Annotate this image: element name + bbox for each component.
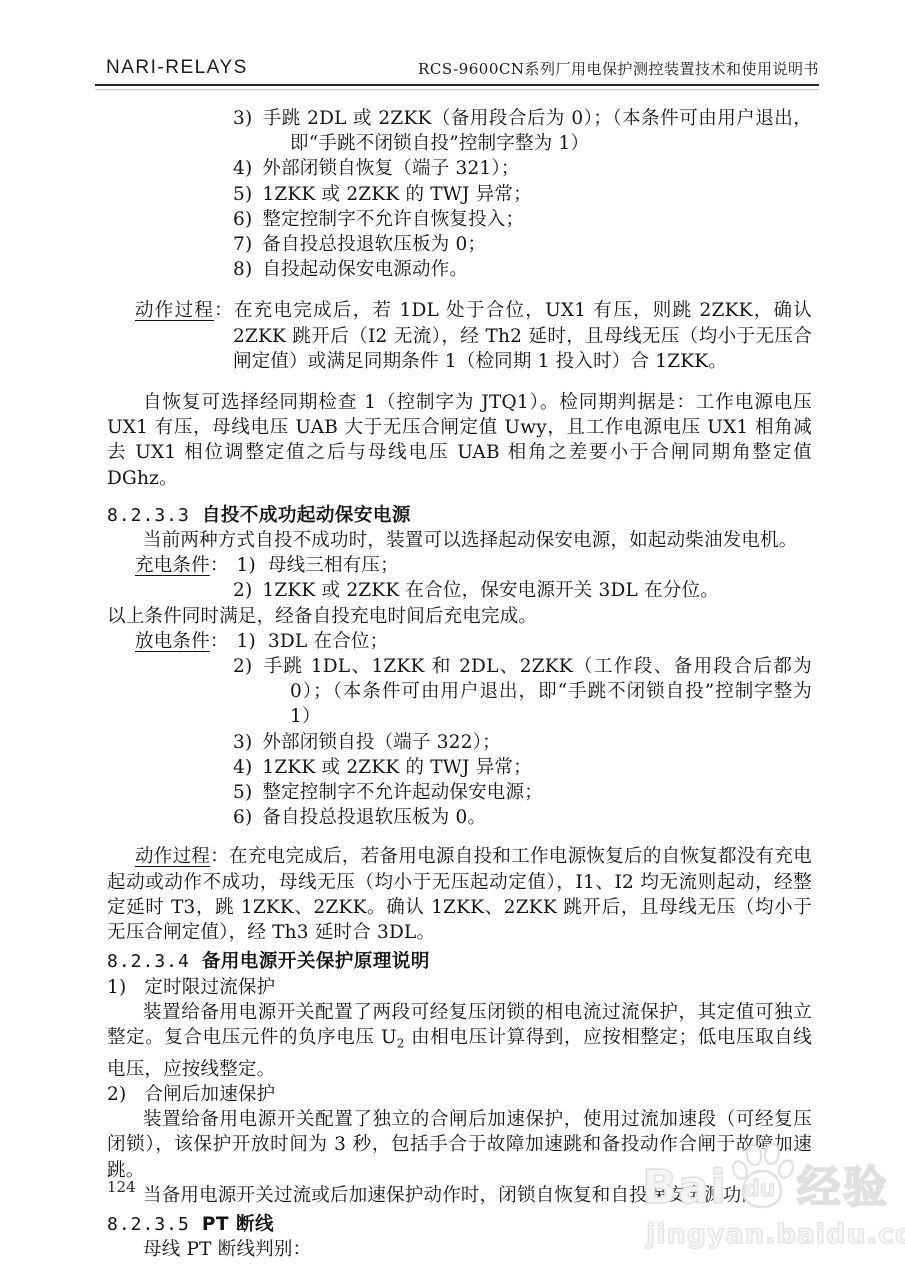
condition-number: 4) xyxy=(233,757,252,778)
discharge-conditions-label: 放电条件 xyxy=(135,631,210,652)
accel-paragraph-1: 装置给备用电源开关配置了独立的合闸后加速保护，使用过流加速段（可经复压闭锁），该… xyxy=(107,1107,812,1183)
charge-conditions-label: 充电条件 xyxy=(135,555,210,576)
header-rule-thin xyxy=(95,89,819,90)
subsection-accel-line: 2)合闸后加速保护 xyxy=(107,1082,812,1107)
list-item-number: 6) xyxy=(233,209,252,230)
subsection-number: 2) xyxy=(107,1084,126,1105)
section-number: 8.2.3.5 xyxy=(107,1214,190,1235)
condition-number: 1) xyxy=(237,631,256,652)
condition-text: 3DL 在合位； xyxy=(268,631,388,652)
discharge-condition-item: 4)1ZKK 或 2ZKK 的 TWJ 异常； xyxy=(107,755,812,780)
sync-check-paragraph: 自恢复可选择经同期检查 1（控制字为 JTQ1）。检同期判据是：工作电源电压 U… xyxy=(107,390,812,491)
subsection-number: 1) xyxy=(107,977,126,998)
condition-text: 手跳 1DL、1ZKK 和 2DL、2ZKK（工作段、备用段合后都为 0）；（本… xyxy=(262,656,812,727)
brand-name: NARI-RELAYS xyxy=(106,57,248,79)
subsection-title: 合闸后加速保护 xyxy=(144,1084,275,1105)
list-item-number: 8) xyxy=(233,259,252,280)
list-item-text: 备自投总投退软压板为 0； xyxy=(262,234,486,255)
section-heading-8235: 8.2.3.5PT 断线 xyxy=(107,1212,812,1237)
action-process-block-1: 动作过程：在充电完成后，若 1DL 处于合位，UX1 有压，则跳 2ZKK，确认… xyxy=(107,298,812,374)
colon: ： xyxy=(210,846,229,867)
discharge-condition-item: 5)整定控制字不允许起动保安电源； xyxy=(107,780,812,805)
list-item-text: 手跳 2DL 或 2ZKK（备用段合后为 0）；（本条件可由用户退出，即“手跳不… xyxy=(262,108,812,154)
condition-text: 外部闭锁自投（端子 322）； xyxy=(262,732,500,753)
list-item-number: 7) xyxy=(233,234,252,255)
condition-number: 6) xyxy=(233,807,252,828)
condition-text: 1ZKK 或 2ZKK 的 TWJ 异常； xyxy=(262,757,531,778)
colon: ： xyxy=(210,555,229,576)
discharge-conditions-line: 放电条件：1)3DL 在合位； xyxy=(107,629,812,654)
condition-number: 1) xyxy=(237,555,256,576)
discharge-condition-item: 6)备自投总投退软压板为 0。 xyxy=(107,805,812,830)
ocp-paragraph: 装置给备用电源开关配置了两段可经复压闭锁的相电流过流保护，其定值可独立整定。复合… xyxy=(107,1000,812,1082)
charge-complete-note: 以上条件同时满足，经备自投充电时间后充电完成。 xyxy=(107,604,812,629)
list-item-text: 自投起动保安电源动作。 xyxy=(262,259,468,280)
pt-line: 母线 PT 断线判别： xyxy=(107,1237,812,1262)
page-body: 3)手跳 2DL 或 2ZKK（备用段合后为 0）；（本条件可由用户退出，即“手… xyxy=(107,106,812,1262)
subsection-title: 定时限过流保护 xyxy=(144,977,275,998)
charge-conditions-line: 充电条件：1)母线三相有压； xyxy=(107,553,812,578)
u2-subscript: 2 xyxy=(397,1037,405,1051)
list-item-number: 4) xyxy=(233,158,252,179)
section-number: 8.2.3.3 xyxy=(107,505,190,526)
list-item: 4)外部闭锁自恢复（端子 321）； xyxy=(107,156,812,181)
colon: ： xyxy=(214,300,234,321)
condition-text: 母线三相有压； xyxy=(268,555,399,576)
colon: ： xyxy=(210,631,229,652)
condition-number: 2) xyxy=(233,656,252,677)
action-process-label: 动作过程 xyxy=(135,300,214,321)
action-process-block-2: 动作过程：在充电完成后，若备用电源自投和工作电源恢复后的自恢复都没有充电起动或动… xyxy=(107,844,812,945)
subsection-ocp-line: 1)定时限过流保护 xyxy=(107,975,812,1000)
condition-text: 1ZKK 或 2ZKK 在合位，保安电源开关 3DL 在分位。 xyxy=(262,580,719,601)
header-rule-thick xyxy=(95,84,819,86)
page-header: NARI-RELAYS RCS-9600CN系列厂用电保护测控装置技术和使用说明… xyxy=(106,57,819,79)
section-title: 自投不成功起动保安电源 xyxy=(202,505,411,526)
section-8233-intro: 当前两种方式自投不成功时，装置可以选择起动保安电源，如起动柴油发电机。 xyxy=(107,528,812,553)
section-title: PT 断线 xyxy=(202,1214,274,1235)
list-item: 6)整定控制字不允许自恢复投入； xyxy=(107,207,812,232)
condition-number: 5) xyxy=(233,782,252,803)
charge-condition-item: 2)1ZKK 或 2ZKK 在合位，保安电源开关 3DL 在分位。 xyxy=(107,578,812,603)
discharge-condition-item: 3)外部闭锁自投（端子 322）； xyxy=(107,730,812,755)
action-process-text: 在充电完成后，若 1DL 处于合位，UX1 有压，则跳 2ZKK，确认 2ZKK… xyxy=(233,300,812,371)
section-title: 备用电源开关保护原理说明 xyxy=(202,951,430,972)
list-item-number: 3) xyxy=(233,108,252,129)
section-number: 8.2.3.4 xyxy=(107,951,190,972)
list-item: 3)手跳 2DL 或 2ZKK（备用段合后为 0）；（本条件可由用户退出，即“手… xyxy=(107,106,812,156)
list-item: 5)1ZKK 或 2ZKK 的 TWJ 异常； xyxy=(107,182,812,207)
list-item: 8)自投起动保安电源动作。 xyxy=(107,257,812,282)
discharge-condition-item: 2)手跳 1DL、1ZKK 和 2DL、2ZKK（工作段、备用段合后都为 0）；… xyxy=(107,654,812,730)
condition-number: 2) xyxy=(233,580,252,601)
list-item-number: 5) xyxy=(233,184,252,205)
section-heading-8234: 8.2.3.4备用电源开关保护原理说明 xyxy=(107,949,812,974)
manual-page: NARI-RELAYS RCS-9600CN系列厂用电保护测控装置技术和使用说明… xyxy=(0,0,905,1280)
page-number: 124 xyxy=(107,1178,136,1196)
condition-text: 整定控制字不允许起动保安电源； xyxy=(262,782,543,803)
condition-number: 3) xyxy=(233,732,252,753)
list-item-text: 整定控制字不允许自恢复投入； xyxy=(262,209,524,230)
condition-text: 备自投总投退软压板为 0。 xyxy=(262,807,486,828)
section-heading-8233: 8.2.3.3自投不成功起动保安电源 xyxy=(107,503,812,528)
action-process-label: 动作过程 xyxy=(135,846,210,867)
document-title: RCS-9600CN系列厂用电保护测控装置技术和使用说明书 xyxy=(418,58,819,79)
list-item: 7)备自投总投退软压板为 0； xyxy=(107,232,812,257)
list-item-text: 外部闭锁自恢复（端子 321）； xyxy=(262,158,519,179)
list-item-text: 1ZKK 或 2ZKK 的 TWJ 异常； xyxy=(262,184,531,205)
accel-paragraph-2: 当备用电源开关过流或后加速保护动作时，闭锁自恢复和自投保安电源功能。 xyxy=(107,1183,812,1208)
